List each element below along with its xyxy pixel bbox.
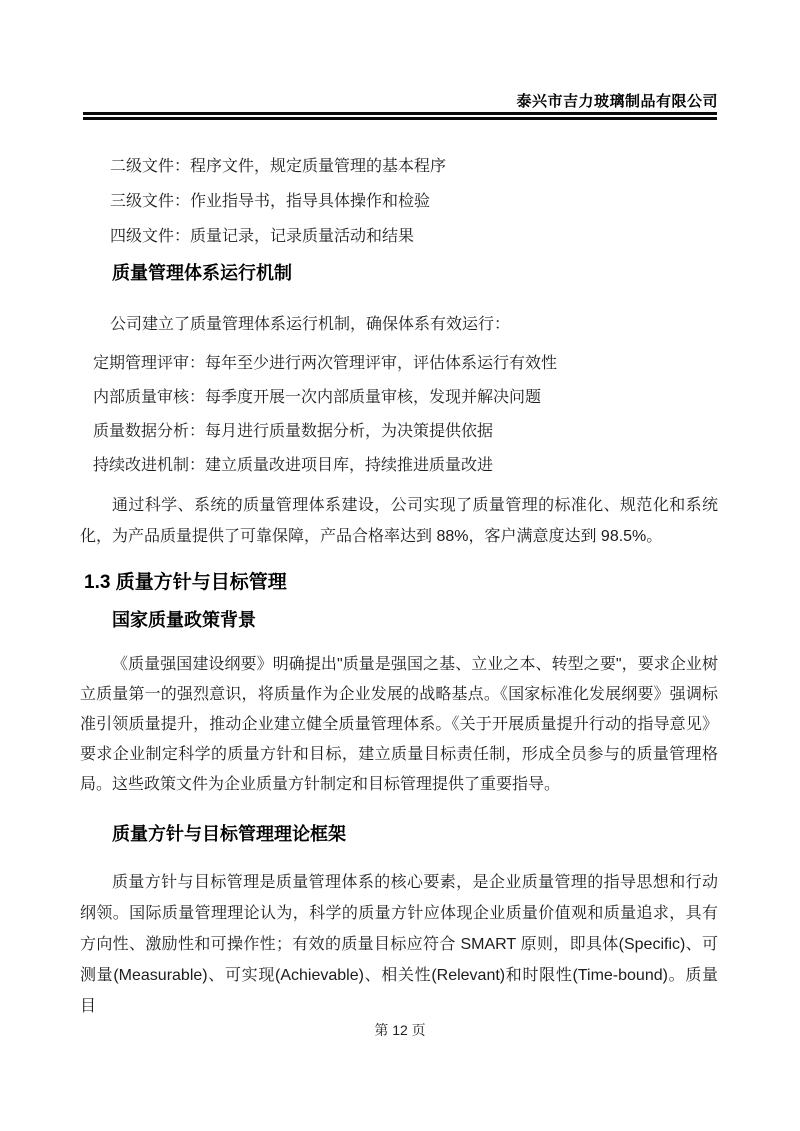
doc-level-line: 二级文件：程序文件，规定质量管理的基本程序	[110, 149, 446, 184]
mechanism-list: 定期管理评审：每年至少进行两次管理评审，评估体系运行有效性 内部质量审核：每季度…	[93, 347, 557, 483]
header-divider	[83, 112, 717, 120]
theory-framework-paragraph: 质量方针与目标管理是质量管理体系的核心要素，是企业质量管理的指导思想和行动纲领。…	[80, 867, 718, 1022]
heading-section-1-3: 1.3 质量方针与目标管理	[84, 567, 287, 594]
doc-level-line: 三级文件：作业指导书，指导具体操作和检验	[110, 184, 446, 219]
mechanism-list-item: 内部质量审核：每季度开展一次内部质量审核，发现并解决问题	[93, 381, 557, 415]
document-page: 泰兴市吉力玻璃制品有限公司 二级文件：程序文件，规定质量管理的基本程序 三级文件…	[0, 0, 800, 1131]
mechanism-list-item: 质量数据分析：每月进行质量数据分析，为决策提供依据	[93, 415, 557, 449]
doc-level-line: 四级文件：质量记录，记录质量活动和结果	[110, 219, 446, 254]
page-number: 第 12 页	[0, 1020, 800, 1040]
mechanism-list-item: 持续改进机制：建立质量改进项目库，持续推进质量改进	[93, 449, 557, 483]
policy-background-paragraph: 《质量强国建设纲要》明确提出"质量是强国之基、立业之本、转型之要"，要求企业树立…	[80, 650, 718, 800]
mechanism-list-item: 定期管理评审：每年至少进行两次管理评审，评估体系运行有效性	[93, 347, 557, 381]
mechanism-summary-paragraph: 通过科学、系统的质量管理体系建设，公司实现了质量管理的标准化、规范化和系统化，为…	[80, 490, 718, 552]
heading-mechanism: 质量管理体系运行机制	[112, 259, 292, 285]
heading-policy-background: 国家质量政策背景	[112, 606, 256, 632]
mechanism-intro: 公司建立了质量管理体系运行机制，确保体系有效运行：	[110, 311, 510, 334]
heading-theory-framework: 质量方针与目标管理理论框架	[112, 820, 346, 846]
header-company-name: 泰兴市吉力玻璃制品有限公司	[516, 90, 718, 111]
document-levels-block: 二级文件：程序文件，规定质量管理的基本程序 三级文件：作业指导书，指导具体操作和…	[110, 149, 446, 254]
